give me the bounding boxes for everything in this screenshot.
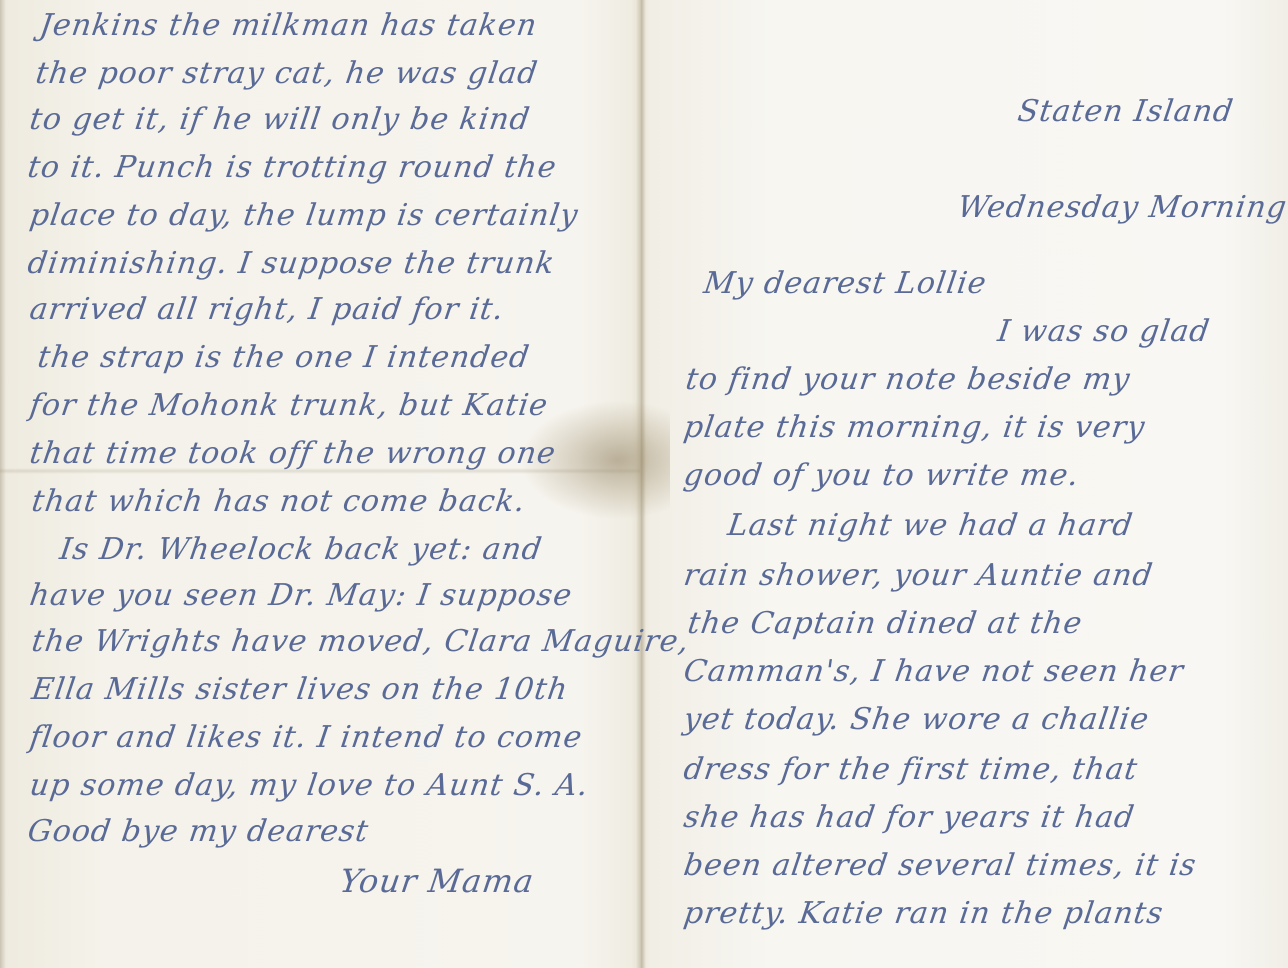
salutation: My dearest Lollie bbox=[702, 266, 990, 301]
left-line-6: diminishing. I suppose the trunk bbox=[26, 246, 558, 281]
right-line-5: Last night we had a hard bbox=[726, 508, 1136, 543]
left-line-2: the poor stray cat, he was glad bbox=[34, 56, 541, 91]
place-heading: Staten Island bbox=[1016, 94, 1236, 129]
right-line-3: plate this morning, it is very bbox=[682, 410, 1148, 445]
right-line-8: Camman's, I have not seen her bbox=[682, 654, 1187, 689]
left-line-16: floor and likes it. I intend to come bbox=[28, 720, 585, 755]
right-line-1: I was so glad bbox=[996, 314, 1213, 349]
left-line-11: that which has not come back. bbox=[30, 484, 528, 519]
left-line-7: arrived all right, I paid for it. bbox=[28, 292, 507, 327]
right-line-4: good of you to write me. bbox=[682, 458, 1082, 493]
left-line-1: Jenkins the milkman has taken bbox=[38, 8, 540, 43]
right-line-12: been altered several times, it is bbox=[682, 848, 1199, 883]
right-line-10: dress for the first time, that bbox=[682, 752, 1141, 787]
right-line-7: the Captain dined at the bbox=[686, 606, 1085, 641]
left-line-15: Ella Mills sister lives on the 10th bbox=[30, 672, 571, 707]
left-line-4: to it. Punch is trotting round the bbox=[26, 150, 559, 185]
left-line-18: Good bye my dearest bbox=[26, 814, 372, 849]
right-line-6: rain shower, your Auntie and bbox=[682, 558, 1156, 593]
letter-scan: Jenkins the milkman has taken the poor s… bbox=[0, 0, 1288, 968]
left-page: Jenkins the milkman has taken the poor s… bbox=[0, 0, 640, 968]
left-line-13: have you seen Dr. May: I suppose bbox=[28, 578, 575, 613]
right-line-11: she has had for years it had bbox=[682, 800, 1138, 835]
right-line-2: to find your note beside my bbox=[684, 362, 1133, 397]
left-line-12: Is Dr. Wheelock back yet: and bbox=[58, 532, 545, 567]
left-line-3: to get it, if he will only be kind bbox=[28, 102, 533, 137]
left-line-10: that time took off the wrong one bbox=[28, 436, 559, 471]
date-heading: Wednesday Morning bbox=[956, 190, 1288, 225]
right-line-9: yet today. She wore a challie bbox=[682, 702, 1152, 737]
right-line-13: pretty. Katie ran in the plants bbox=[682, 896, 1166, 931]
signature: Your Mama bbox=[337, 862, 536, 900]
left-line-17: up some day, my love to Aunt S. A. bbox=[28, 768, 591, 803]
left-line-14: the Wrights have moved, Clara Maguire, bbox=[30, 624, 692, 659]
left-line-5: place to day, the lump is certainly bbox=[28, 198, 581, 233]
left-line-8: the strap is the one I intended bbox=[36, 340, 532, 375]
left-line-9: for the Mohonk trunk, but Katie bbox=[28, 388, 551, 423]
right-page: Staten Island Wednesday Morning My deare… bbox=[648, 0, 1288, 968]
